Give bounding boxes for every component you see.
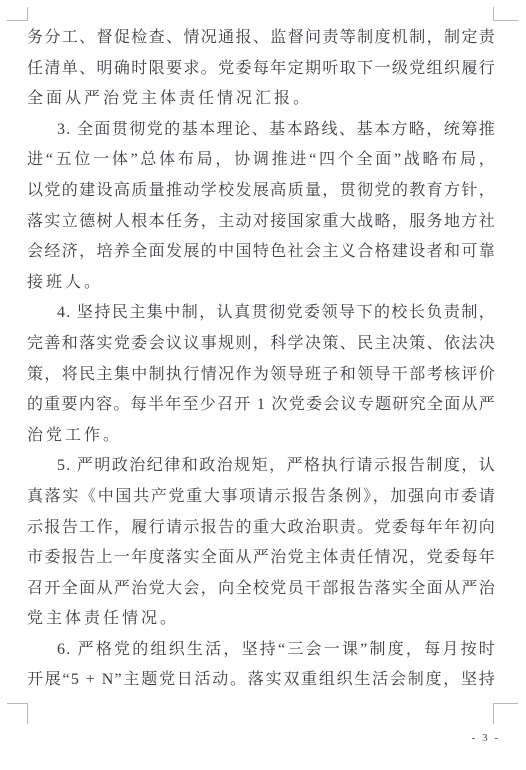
text-line: 治党工作。 <box>27 421 496 452</box>
margin-crop-mark-bottom-left-icon <box>7 703 28 724</box>
text-line: 召开全面从严治党大会，向全校党员干部报告落实全面从严治 <box>27 574 496 605</box>
margin-crop-mark-top-left-icon <box>7 7 28 21</box>
text-line: 3. 全面贯彻党的基本理论、基本路线、基本方略，统筹推 <box>27 115 496 146</box>
margin-crop-mark-bottom-right-icon <box>493 703 518 724</box>
text-line: 务分工、督促检查、情况通报、监督问责等制度机制，制定责 <box>27 23 496 54</box>
document-body-text: 务分工、督促检查、情况通报、监督问责等制度机制，制定责任清单、明确时限要求。党委… <box>27 23 496 696</box>
document-page: 务分工、督促检查、情况通报、监督问责等制度机制，制定责任清单、明确时限要求。党委… <box>0 0 526 770</box>
text-line: 以党的建设高质量推动学校发展高质量，贯彻党的教育方针， <box>27 176 496 207</box>
text-line: 完善和落实党委会议议事规则，科学决策、民主决策、依法决 <box>27 329 496 360</box>
text-line: 党主体责任情况。 <box>27 604 496 635</box>
page-number: - 3 - <box>472 732 500 744</box>
text-line: 5. 严明政治纪律和政治规矩，严格执行请示报告制度，认 <box>27 451 496 482</box>
text-line: 真落实《中国共产党重大事项请示报告条例》，加强向市委请 <box>27 482 496 513</box>
text-line: 落实立德树人根本任务，主动对接国家重大战略，服务地方社 <box>27 207 496 238</box>
text-line: 市委报告上一年度落实全面从严治党主体责任情况，党委每年 <box>27 543 496 574</box>
text-line: 4. 坚持民主集中制，认真贯彻党委领导下的校长负责制， <box>27 298 496 329</box>
text-line: 开展“5 + N”主题党日活动。落实双重组织生活会制度，坚持 <box>27 665 496 696</box>
text-line: 策，将民主集中制执行情况作为领导班子和领导干部考核评价 <box>27 360 496 391</box>
text-line: 6. 严格党的组织生活，坚持“三会一课”制度，每月按时 <box>27 635 496 666</box>
text-line: 示报告工作，履行请示报告的重大政治职责。党委每年年初向 <box>27 513 496 544</box>
text-line: 接班人。 <box>27 268 496 299</box>
text-line: 会经济，培养全面发展的中国特色社会主义合格建设者和可靠 <box>27 237 496 268</box>
text-line: 任清单、明确时限要求。党委每年定期听取下一级党组织履行 <box>27 54 496 85</box>
text-line: 的重要内容。每半年至少召开 1 次党委会议专题研究全面从严 <box>27 390 496 421</box>
margin-crop-mark-top-right-icon <box>493 7 518 21</box>
text-line: 全面从严治党主体责任情况汇报。 <box>27 84 496 115</box>
text-line: 进“五位一体”总体布局，协调推进“四个全面”战略布局， <box>27 145 496 176</box>
